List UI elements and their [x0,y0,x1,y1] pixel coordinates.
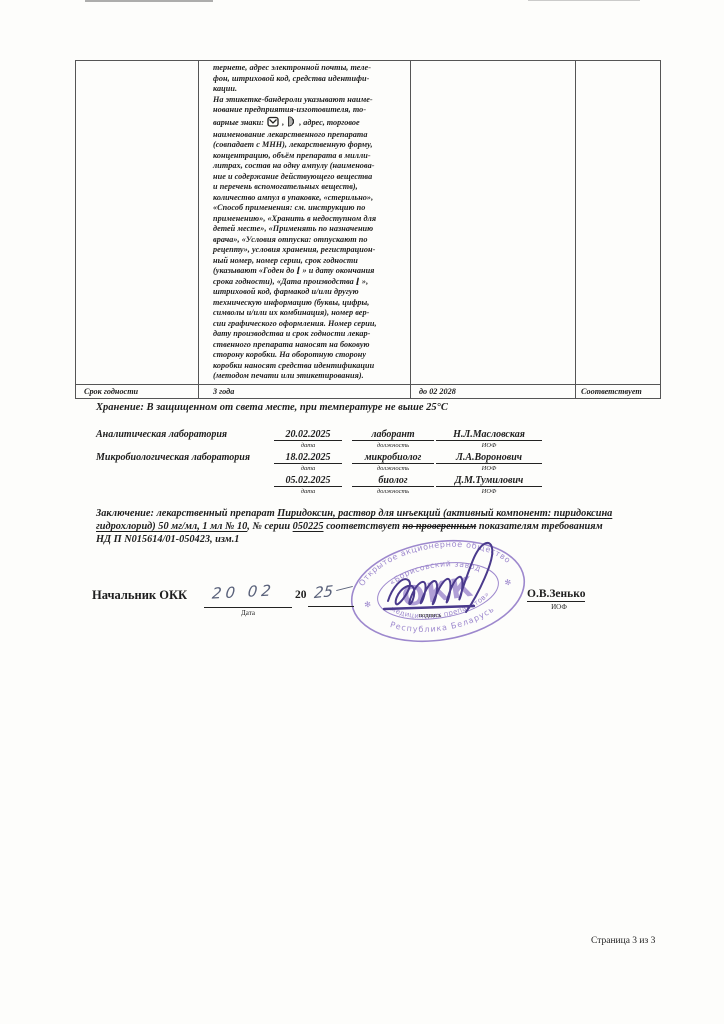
lab-name: Микробиологическая лаборатория [96,452,274,463]
requirements-text-block: тернете, адрес электронной почты, теле-ф… [213,63,402,116]
requirements-text-line: детей месте», «Применять по назначению [213,224,402,235]
lab-date-field: 05.02.2025 дата [274,475,342,495]
requirements-text-line: штриховой код, фармакод и/или другую [213,287,402,298]
lab-role-field: биолог должность [352,475,434,495]
requirements-text-line: дату производства и срок годности лекар- [213,329,402,340]
qc-table-cell-parameter-empty [76,61,199,385]
requirements-text-line: На этикетке-бандероли указывают наиме- [213,95,402,106]
requirements-text-line: наименование лекарственного препарата [213,130,402,141]
qc-table-cell-result-empty [576,61,661,385]
page-number: Страница 3 из 3 [591,936,655,946]
requirements-text-line: сторону коробки. На оборотную сторону [213,350,402,361]
shelf-life-until: до 02 2028 [411,384,576,398]
requirements-text-line: тернете, адрес электронной почты, теле- [213,63,402,74]
requirements-text-line: техническую информацию (буквы, цифры, [213,298,402,309]
requirements-text-line: коробки наносят средства идентификации [213,361,402,372]
requirements-text-line: ственного препарата наносят на боковую [213,340,402,351]
requirements-text-line: литрах, состав на одну ампулу (наименова… [213,161,402,172]
requirements-text-line: срока годности), «Дата производства ⌊ », [213,277,402,288]
scan-artifact [528,0,640,1]
requirements-text-line: и перечень вспомогательных веществ), [213,182,402,193]
shelf-life-value: 3 года [199,384,411,398]
lab-role-field: лаборант должность [352,429,434,449]
requirements-text-line: сии графического оформления. Номер серии… [213,319,402,330]
storage-conditions: Хранение: В защищенном от света месте, п… [96,402,448,413]
requirements-text-block: наименование лекарственного препарата(со… [213,130,402,382]
requirements-text-line: применению», «Хранить в недоступном для [213,214,402,225]
year-underline [308,606,354,607]
handwritten-year: 25 [313,582,333,602]
shelf-life-label: Срок годности [76,384,199,398]
lab-row-analytical: Аналитическая лаборатория 20.02.2025 дат… [96,429,542,449]
requirements-text-line: количество ампул в упаковке, «стерильно»… [213,193,402,204]
trademark-logo-icon [267,116,279,127]
requirements-text-line: «Способ применения: см. инструкцию по [213,203,402,214]
lab-person-field: Д.М.Тумилович ИОФ [436,475,542,495]
requirements-text-line: кации. [213,84,402,95]
shelf-life-status: Соответствует [576,384,661,398]
lab-date-field: 20.02.2025 дата [274,429,342,449]
scanned-document-page: тернете, адрес электронной почты, теле-ф… [0,0,724,1024]
requirements-text-line: врача», «Условия отпуска: отпускают по [213,235,402,246]
date-label: Дата [204,609,292,617]
quality-mark-icon [287,116,296,127]
lab-person-field: Л.А.Воронович ИОФ [436,452,542,472]
lab-date-field: 18.02.2025 дата [274,452,342,472]
lab-role-field: микробиолог должность [352,452,434,472]
requirements-text-line: (указывают «Годен до ⌊ » и дату окончани… [213,266,402,277]
lab-row-biologist: 05.02.2025 дата биолог должность Д.М.Тум… [96,475,542,495]
requirements-text-line: символы и/или их комбинация), номер вер- [213,308,402,319]
year-prefix: 20 [295,589,307,601]
requirements-text-line: концентрацию, объём препарата в милли- [213,151,402,162]
requirements-text-line: рецепту», условия хранения, регистрацион… [213,245,402,256]
scan-artifact [85,0,213,2]
date-underline [204,607,292,608]
requirements-text-line: (совпадает с МНН), лекарственную форму, [213,140,402,151]
signature-label: подпись [395,612,465,619]
lab-row-microbiological: Микробиологическая лаборатория 18.02.202… [96,452,542,472]
requirements-text-line: (методом печати или этикетирования). [213,371,402,382]
signatory-name-label: ИОФ [527,603,591,611]
position-title: Начальник ОКК [92,588,187,603]
lab-person-field: Н.Л.Масловская ИОФ [436,429,542,449]
handwritten-date: 20 02 [211,581,275,602]
requirements-text-line: нование предприятия-изготовителя, то- [213,105,402,116]
qc-table-cell-norm-empty [411,61,576,385]
qc-table: тернете, адрес электронной почты, теле-ф… [75,60,661,399]
requirements-text-line: фон, штриховой код, средства идентифи- [213,74,402,85]
qc-table-cell-requirements: тернете, адрес электронной почты, теле-ф… [199,61,411,385]
signatory-name: О.В.Зенько [527,588,585,602]
lab-name: Аналитическая лаборатория [96,429,274,440]
trademark-line: варные знаки: , , адрес, торговое [213,116,402,130]
requirements-text-line: ный номер, номер серии, срок годности [213,256,402,267]
requirements-text-line: ние и содержание действующего вещества [213,172,402,183]
nd-reference: НД П N015614/01-050423, изм.1 [96,534,239,545]
